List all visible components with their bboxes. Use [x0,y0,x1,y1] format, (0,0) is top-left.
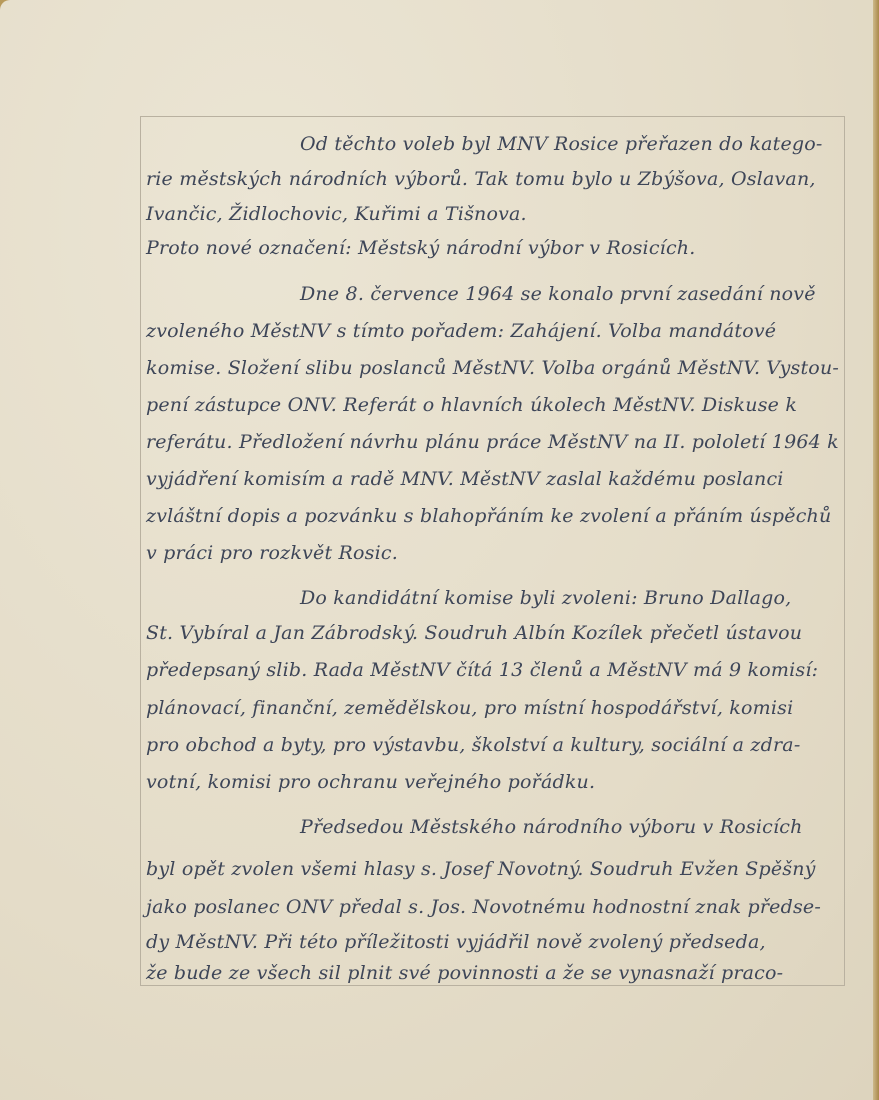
text-line: pení zástupce ONV. Referát o hlavních úk… [146,394,797,416]
text-line: předepsaný slib. Rada MěstNV čítá 13 čle… [146,659,818,681]
text-line: zvláštní dopis a pozvánku s blahopřáním … [146,505,831,527]
text-line: jako poslanec ONV předal s. Jos. Novotné… [146,896,821,918]
text-line: vyjádření komisím a radě MNV. MěstNV zas… [146,468,784,490]
text-line: Do kandidátní komise byli zvoleni: Bruno… [300,587,791,609]
text-line: plánovací, finanční, zemědělskou, pro mí… [146,697,793,719]
text-line: Od těchto voleb byl MNV Rosice přeřazen … [300,133,823,155]
text-line: komise. Složení slibu poslanců MěstNV. V… [146,357,839,379]
text-line: Dne 8. července 1964 se konalo první zas… [300,283,816,305]
text-line: Proto nové označení: Městský národní výb… [146,237,695,259]
text-line: byl opět zvolen všemi hlasy s. Josef Nov… [146,858,816,880]
text-line: votní, komisi pro ochranu veřejného pořá… [146,771,595,793]
text-line: Předsedou Městského národního výboru v R… [300,816,803,838]
text-line: rie městských národních výborů. Tak tomu… [146,168,816,190]
text-line: pro obchod a byty, pro výstavbu, školstv… [146,734,800,756]
text-line: dy MěstNV. Při této příležitosti vyjádři… [146,931,766,953]
text-line: že bude ze všech sil plnit své povinnost… [146,962,783,984]
text-line: zvoleného MěstNV s tímto pořadem: Zaháje… [146,320,776,342]
text-line: v práci pro rozkvět Rosic. [146,542,398,564]
notebook-page: Od těchto voleb byl MNV Rosice přeřazen … [0,0,873,1100]
text-line: Ivančic, Židlochovic, Kuřimi a Tišnova. [146,203,527,225]
text-line: St. Vybíral a Jan Zábrodský. Soudruh Alb… [146,622,802,644]
text-line: referátu. Předložení návrhu plánu práce … [146,431,839,453]
book-edge [873,0,879,1100]
